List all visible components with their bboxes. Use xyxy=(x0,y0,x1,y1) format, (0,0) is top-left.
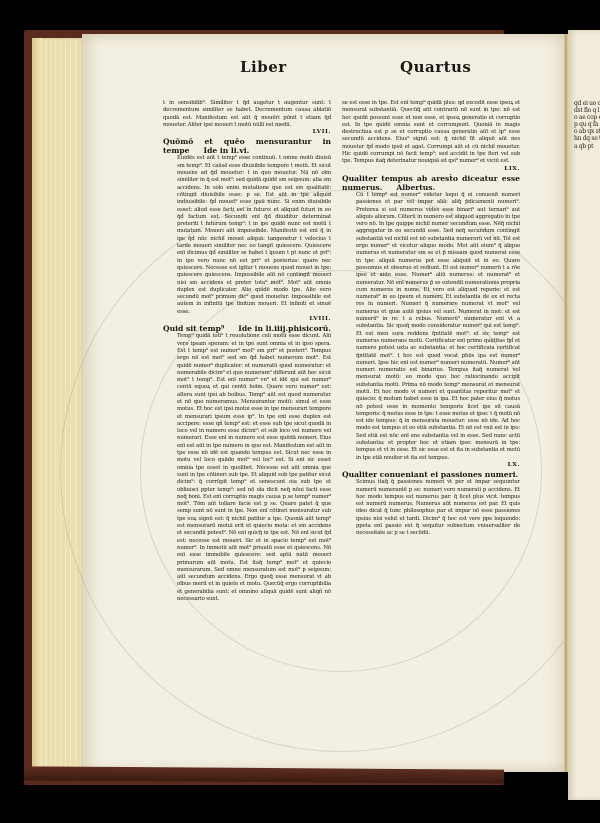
page-edges-fore-edge xyxy=(32,38,84,768)
chapter-numeral: LVII. xyxy=(163,129,331,136)
body-paragraph: Cū t temp⁹ est numer⁹ videtur loqui q̄ e… xyxy=(342,192,520,462)
chapter-numeral: LVIII. xyxy=(163,316,331,323)
section-heading: Quid sit temp⁹Ide in li.iiij.phisicorū. xyxy=(163,324,331,333)
body-paragraph: se est esse in tpe. Est enī temp⁹ quidā … xyxy=(342,100,520,166)
section-heading: Qualiter conueniant ei passiones numeri. xyxy=(342,470,520,479)
running-head-right: Quartus xyxy=(400,58,471,76)
body-paragraph: Scimus itaq̄ q̄ passiones numeri vt per … xyxy=(342,479,520,537)
section-heading-title: Qualiter conueniant ei passiones numeri. xyxy=(342,470,518,479)
body-paragraph: t in sensibilib⁹. Similiter t q̄ḋ augetu… xyxy=(163,100,331,129)
section-heading: Qualiter tempus ab aresṫo diceatur esse … xyxy=(342,174,520,192)
chapter-numeral: LX. xyxy=(342,462,520,469)
facing-page-edge: qd ei uo ddst flo q lo ae cop ep qu q fa… xyxy=(568,30,600,800)
section-heading: Quōmō et quēo mensurantur in tempeIde in… xyxy=(163,137,331,155)
body-paragraph: Temp⁹ quidā toti⁹ t reuolutione celi mot… xyxy=(163,333,331,603)
section-heading-reference: Albertus. xyxy=(396,183,435,192)
facing-page-text-fragment: qd ei uo ddst flo q lo ae cop ep qu q fa… xyxy=(574,100,600,150)
text-column-right: se est esse in tpe. Est enī temp⁹ quidā … xyxy=(342,100,520,538)
section-heading-title: Quid sit temp⁹ xyxy=(163,324,224,333)
section-heading-reference: Ide in li.iiij.phisicorū. xyxy=(238,324,331,333)
chapter-numeral: LIX. xyxy=(342,166,520,173)
text-column-left: t in sensibilib⁹. Similiter t q̄ḋ augetu… xyxy=(163,100,331,603)
running-head-left: Liber xyxy=(240,58,287,76)
body-paragraph: Euidēs est aūt t temp⁹ esse continuū. t … xyxy=(163,155,331,316)
